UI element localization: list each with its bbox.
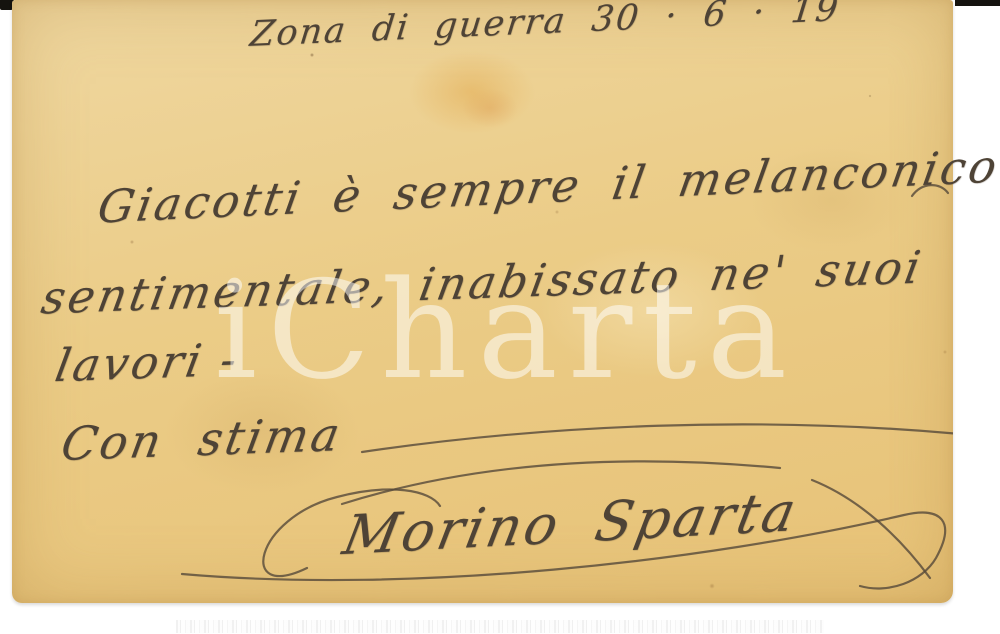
signature: Morino Sparta	[338, 480, 804, 567]
flourish-stroke-after-closing	[362, 424, 953, 452]
closing-formula: Con stima	[57, 407, 346, 471]
dateline: Zona di guerra 30 · 6 · 19	[248, 0, 842, 55]
scanner-edge-mark-right	[955, 0, 1000, 6]
caption-strip	[176, 620, 824, 633]
body-line-1: Giacotti è sempre il melanconico	[94, 139, 1000, 233]
flourish-signature-tail	[812, 480, 930, 578]
postcard: Zona di guerra 30 · 6 · 19 Giacotti è se…	[12, 0, 953, 603]
body-line-3: lavori -	[51, 333, 243, 393]
body-line-2: sentimentale, inabissato ne' suoi	[38, 240, 928, 324]
scan-area: Zona di guerra 30 · 6 · 19 Giacotti è se…	[0, 0, 1000, 634]
